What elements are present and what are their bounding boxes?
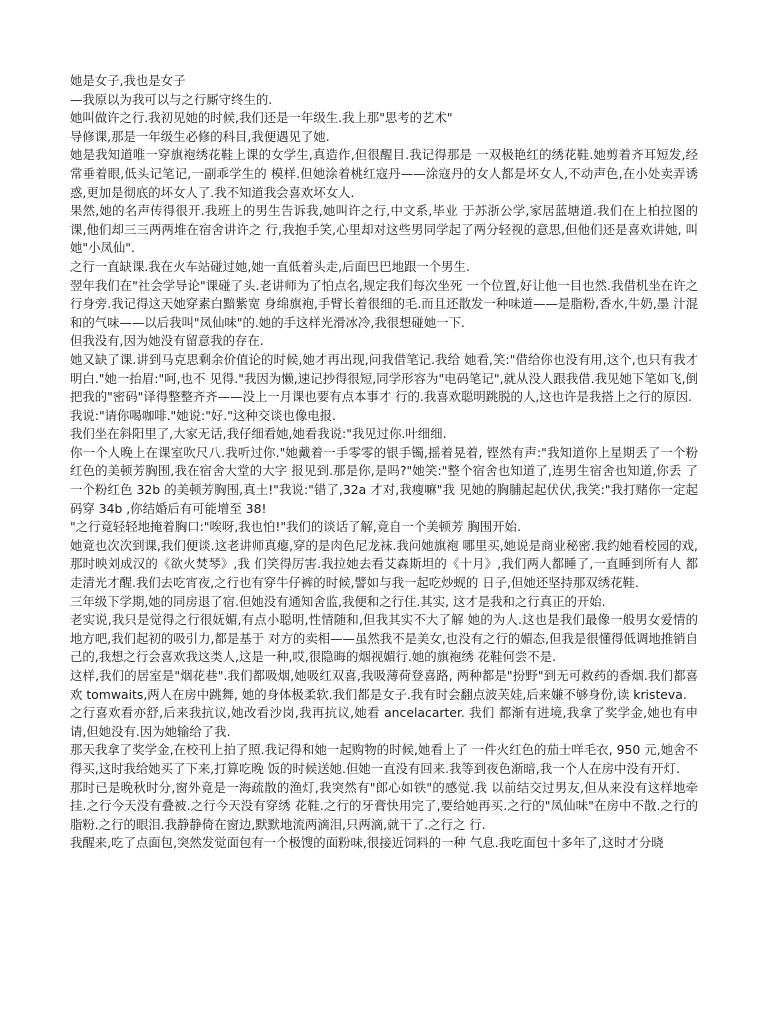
paragraph: 她竟也次次到课,我们便谈.这老讲师真瘪,穿的是肉色尼龙袜.我问她旗袍 哪里买,她… [70, 537, 698, 593]
paragraph: 我们坐在斜阳里了,大家无话,我仔细看她,她看我说:"我见过你.叶细细. [70, 425, 698, 444]
paragraph: —我原以为我可以与之行厮守终生的. [70, 91, 698, 110]
paragraph: 但我没有,因为她没有留意我的存在. [70, 332, 698, 351]
paragraph: 那天我拿了奖学金,在校刊上拍了照.我记得和她一起购物的时候,她看上了 一件火红色… [70, 741, 698, 778]
paragraph: 她叫做许之行.我初见她的时候,我们还是一年级生.我上那"思考的艺术" [70, 109, 698, 128]
paragraph: "之行竟轻轻地掩着胸口:"唉呀,我也怕!"我们的谈话了解,竟自一个美顿芳 胸围开… [70, 518, 698, 537]
document-page: 她是女子,我也是女子 —我原以为我可以与之行厮守终生的. 她叫做许之行.我初见她… [70, 72, 698, 853]
paragraph: 果然,她的名声传得很开.我班上的男生告诉我,她叫许之行,中文系,毕业 于苏浙公学… [70, 202, 698, 258]
paragraph: 她是我知道唯一穿旗袍绣花鞋上课的女学生,真造作,但很醒目.我记得那是 一双极艳红… [70, 146, 698, 202]
paragraph: 翌年我们在"社会学导论"课碰了头.老讲师为了怕点名,规定我们每次坐死 一个位置,… [70, 277, 698, 333]
paragraph: 你一个人晚上在课室吹尺八.我听过你."她戴着一手零零的银手镯,摇着晃着, 铿然有… [70, 444, 698, 518]
paragraph: 她又缺了课.讲到马克思剩余价值论的时候,她才再出现,问我借笔记.我给 她看,笑:… [70, 351, 698, 407]
paragraph: 老实说,我只是觉得之行很妩媚,有点小聪明,性情随和,但我其实不大了解 她的为人.… [70, 611, 698, 667]
paragraph: 我说:"请你喝咖啡."她说:"好."这种交谈也像电报. [70, 407, 698, 426]
paragraph: 导修课,那是一年级生必修的科目,我便遇见了她. [70, 128, 698, 147]
paragraph: 之行一直缺课.我在火车站碰过她,她一直低着头走,后面巴巴地跟一个男生. [70, 258, 698, 277]
paragraph: 之行喜欢看亦舒,后来我抗议,她改看沙岗,我再抗议,她看 ancelacarter… [70, 704, 698, 741]
paragraph: 这样,我们的居室是"烟花巷".我们都吸烟,她吸红双喜,我吸薄荷登喜路, 两种都是… [70, 667, 698, 704]
paragraph: 我醒来,吃了点面包,突然发觉面包有一个极馊的面粉味,很接近饲料的一种 气息.我吃… [70, 834, 698, 853]
paragraph: 那时已是晚秋时分,窗外竟是一海疏散的渔灯,我突然有"郎心如铁"的感觉.我 以前结… [70, 779, 698, 835]
paragraph: 她是女子,我也是女子 [70, 72, 698, 91]
paragraph: 三年级下学期,她的同房退了宿.但她没有通知舍监,我便和之行住.其实, 这才是我和… [70, 593, 698, 612]
